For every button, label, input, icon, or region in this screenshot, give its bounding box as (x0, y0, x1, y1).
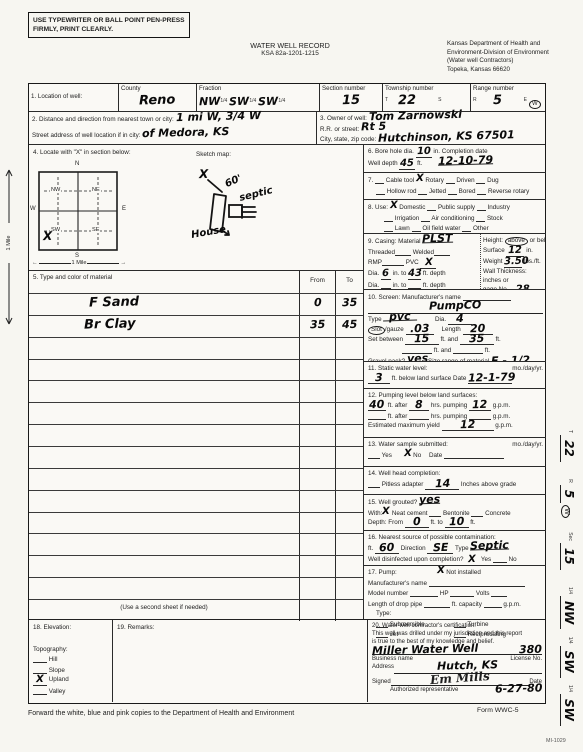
location-row: 1. Location of well: CountyReno Fraction… (29, 84, 545, 111)
margin-quarter: 1/4 (567, 685, 573, 692)
city-label: City, state, zip code: (320, 136, 376, 143)
slot-circled: Slot (368, 326, 385, 335)
sec7-num: 7. (368, 177, 373, 184)
section-12-pumping: 12. Pumping level below land surfaces: 4… (364, 388, 546, 437)
margin-section: 15 (560, 543, 576, 570)
compass-s: S (75, 253, 79, 259)
drop-pipe-label: Length of drop pipe (368, 601, 422, 608)
into2-label: in. to (393, 282, 407, 289)
locate-label: 4. Locate with "X" in section below: (33, 148, 131, 158)
well-record-form: 1. Location of well: CountyReno Fraction… (28, 83, 546, 704)
section-20-certification: 20. Water well contractor's certificatio… (367, 620, 545, 702)
mdy-label: mo./day/yr. (512, 364, 543, 374)
domestic-x: X (390, 202, 398, 209)
dia2-label: Dia. (368, 282, 379, 289)
section-value: 15 (342, 97, 360, 104)
model-label: Model number (368, 590, 408, 597)
material-header: 5. Type and color of material From To (29, 271, 363, 293)
disinfect-label: Well disinfected upon completion? (368, 556, 463, 563)
agency-line: (Water well Contractors) (447, 57, 572, 66)
casing-depth: 43 (408, 270, 422, 277)
est-yield-label: Estimated maximum yield (368, 422, 440, 429)
direction-value: SE (433, 543, 449, 550)
agency-line: Environment-Division of Environment (447, 49, 572, 58)
compass-n: N (75, 161, 79, 167)
fraction-cell: Fraction NW1/4SW1/4SW1/4 (196, 84, 319, 111)
section-6-borehole: 6. Bore hole dia. 10 in. Completion date… (364, 145, 546, 172)
main-body: 4. Locate with "X" in section below: Ske… (29, 144, 545, 620)
not-installed-x: X (437, 567, 445, 574)
screen-type-value: pvc (383, 313, 417, 322)
from-value: 35 (310, 321, 325, 328)
margin-quarter: 1/4 (567, 587, 573, 594)
after-label: ft. after (388, 402, 408, 409)
rr-label: R.R. or street: (320, 126, 359, 133)
quarter-label: 1/4 (220, 98, 227, 104)
section-19-remarks: 19. Remarks: (112, 620, 367, 702)
ftdepth-label: ft. depth (423, 270, 446, 277)
mile-scale-horizontal: ←1 Mile→ (32, 260, 126, 266)
casing-label: Casing: (375, 238, 396, 245)
margin-r-label: R (567, 479, 573, 483)
material-title: 5. Type and color of material (29, 271, 299, 293)
print-code: MI-1029 (546, 738, 566, 744)
screen-dia-label: Dia. (435, 316, 446, 323)
after2-label: ft. after (388, 413, 408, 420)
hill: Hill (49, 656, 58, 663)
borehole-label: 6. Bore hole dia. (368, 148, 414, 155)
section-18-elevation: 18. Elevation: Topography: Hill Slope X … (29, 620, 112, 702)
pumping-hrs: 8 (415, 400, 423, 407)
pumping-gpm: 12 (472, 400, 487, 407)
disinfect-yes: Yes (481, 556, 491, 563)
to-value: 35 (342, 299, 357, 306)
auth-rep-label: Authorized representative (390, 686, 458, 694)
sec10-num: 10. (368, 294, 377, 301)
set-to: 35 (469, 335, 484, 342)
section-5-material: 5. Type and color of material From To F … (29, 270, 363, 621)
with-label: With: (368, 510, 382, 517)
material-row: F Sand 0 35 (29, 293, 363, 315)
section-8-use: 8. Use: X Domestic Public supply Industr… (364, 199, 546, 233)
arrow-left: ← (32, 260, 38, 266)
into-label: in. to (393, 270, 407, 277)
rotary-x: X (416, 175, 424, 182)
below-surface-label: ft. below land surface (392, 375, 452, 382)
hp-label: HP (440, 590, 449, 597)
ftdepth2-label: ft. depth (423, 282, 446, 289)
address-label: Address (372, 663, 394, 674)
gravel-label: Gravel pack? (368, 358, 405, 362)
hollow-rod: Hollow rod (387, 188, 417, 195)
size-range-value: F - 1/2 (491, 356, 530, 361)
contamination-type-value: Septic (470, 541, 509, 550)
neat-x: X (382, 507, 390, 514)
remarks-label: 19. Remarks: (117, 623, 367, 633)
agency-line: Topeka, Kansas 66620 (447, 66, 572, 75)
license-value: 380 (519, 645, 542, 653)
margin-range: 5 (560, 485, 576, 503)
mdy2-label: mo./day/yr. (512, 440, 543, 450)
section-4-locate: 4. Locate with "X" in section below: Ske… (29, 145, 363, 270)
r-label: R (473, 97, 477, 103)
certification-line1: This well was drilled under my jurisdict… (372, 630, 542, 638)
t-label: T (385, 97, 388, 103)
casing-material: PLST (422, 235, 453, 244)
material-row-empty (29, 577, 363, 599)
section-16-contamination: 16. Nearest source of possible contamina… (364, 530, 546, 565)
static-date-label: Date (453, 375, 466, 382)
sketch-map-label: Sketch map: (196, 150, 231, 160)
sample-no: No (413, 452, 421, 459)
section-10-screen: 10. Screen: Manufacturer's name PumpCO T… (364, 289, 546, 361)
ftto-label: ft. to (431, 519, 443, 526)
to-value: 45 (342, 321, 357, 328)
casing-dia: 6 (382, 270, 389, 277)
rmp: RMP (368, 259, 382, 266)
forward-note: Forward the white, blue and pink copies … (28, 710, 294, 717)
rotary: Rotary (425, 177, 444, 184)
jetted: Jetted (429, 188, 446, 195)
pump-type-label: Type: (376, 610, 391, 617)
fraction-label: Fraction (199, 85, 317, 92)
distance-value: 1 mi W, 3/4 W (175, 112, 260, 121)
valley: Valley (49, 688, 66, 695)
fraction-q2: SW (229, 98, 249, 106)
material-row-empty (29, 380, 363, 402)
pvc-x: X (425, 259, 433, 266)
sec13-num: 13. (368, 441, 377, 448)
wellhead-label: Well head completion: (379, 470, 441, 477)
upland: Upland (49, 676, 69, 683)
contamination-type-label: Type (455, 545, 469, 552)
oil-field-water: Oil field water (422, 225, 460, 232)
form-number: Form WWC-5 (477, 707, 519, 714)
county-cell: CountyReno (118, 84, 196, 111)
grout-depth-label: Depth: From (368, 519, 403, 526)
township-value: 22 (398, 97, 416, 104)
material-row-empty (29, 490, 363, 512)
section-14-wellhead: 14. Well head completion: Pitless adapte… (364, 466, 546, 494)
form-title-block: WATER WELL RECORD KSA 82a-1201-1215 (215, 41, 365, 57)
city-value: Hutchinson, KS 67501 (378, 131, 515, 142)
domestic: Domestic (399, 204, 425, 211)
margin-t-label: T (567, 430, 573, 433)
grout-to: 10 (449, 518, 464, 525)
bored: Bored (459, 188, 476, 195)
grouted-label: Well grouted? (379, 499, 418, 506)
section-9-casing: 9. Casing: Material PLST Threaded Welded… (364, 233, 546, 289)
material-label: Material (398, 238, 420, 245)
sample-label: Water sample submitted: (379, 441, 448, 448)
location-x-mark: X (43, 233, 52, 240)
gage-value: .28 (512, 286, 530, 289)
disinfect-x: X (468, 555, 476, 562)
ft-label: ft. (417, 160, 422, 167)
material-row-empty (29, 424, 363, 446)
section-cell: Section number15 (319, 84, 382, 111)
screen-mfr-value: PumpCO (429, 301, 481, 309)
disinfect-no: No (509, 556, 517, 563)
section-grid: NW NE SW SE X (38, 171, 118, 251)
in2-label: in. (526, 247, 533, 254)
sketch-x: X (199, 171, 208, 178)
pump-mfr-label: Manufacturer's name (368, 580, 427, 587)
material-row: Br Clay 35 45 (29, 315, 363, 337)
capacity-label: ft. capacity (452, 601, 482, 608)
static-level: 3 (375, 373, 383, 380)
distance-label: 2. Distance and direction from nearest t… (32, 116, 174, 123)
screen-label: Screen: (379, 294, 401, 301)
quarter-label: 1/4 (278, 98, 285, 104)
dia-label: Dia. (368, 270, 379, 277)
material-row-empty (29, 402, 363, 424)
material-value: Br Clay (84, 320, 136, 328)
compass-w: W (30, 206, 36, 212)
mile-label: 1 Mile (72, 260, 87, 266)
margin-sw2: SW (560, 694, 576, 726)
distance-owner-row: 2. Distance and direction from nearest t… (29, 111, 545, 145)
street-label: Street address of well location if in ci… (32, 132, 141, 139)
public-supply: Public supply (438, 204, 475, 211)
ft6-label: ft. (368, 545, 373, 552)
quad-se: SE (91, 227, 100, 233)
sample-yes: Yes (382, 452, 392, 459)
gravel-value: yes (407, 354, 428, 361)
welldepth-label: Well depth (368, 160, 398, 167)
cable-tool: Cable tool (386, 177, 414, 184)
or-below: or below (530, 237, 546, 244)
county-label: County (121, 85, 194, 92)
static-label: Static water level: (378, 365, 427, 372)
welded: Welded (413, 249, 434, 256)
set-between-label: Set between (368, 336, 403, 343)
static-date-value: 12-1-79 (468, 373, 516, 381)
certification-label: 20. Water well contractor's certificatio… (372, 622, 542, 630)
quad-nw: NW (50, 187, 61, 193)
e-label: E (524, 97, 527, 103)
gage-label: gage No. (483, 286, 509, 289)
size-range-label: Size range of material (428, 358, 489, 362)
owner-cell: 3. Owner of well: Tom Zarnowski R.R. or … (316, 112, 545, 145)
w-circled: W (529, 100, 541, 109)
height-label: Height: (483, 237, 503, 244)
pitless-value: 14 (434, 479, 449, 486)
quarter-label: 1/4 (249, 98, 256, 104)
section-13-sample: 13. Water sample submitted:mo./day/yr. Y… (364, 437, 546, 466)
sec16-num: 16. (368, 534, 377, 541)
sec14-num: 14. (368, 470, 377, 477)
not-installed: Not installed (446, 569, 481, 576)
gpm-label: g.p.m. (493, 402, 511, 409)
instruction-box: USE TYPEWRITER OR BALL POINT PEN-PRESS F… (28, 12, 190, 38)
from-value: 0 (314, 299, 322, 306)
borehole-dia: 10 (417, 148, 431, 155)
form-statute: KSA 82a-1201-1215 (215, 50, 365, 57)
signed-label: Signed (372, 678, 391, 686)
pump-label: Pump: (379, 569, 397, 576)
grouted-value: yes (419, 496, 440, 505)
scanned-form-page: USE TYPEWRITER OR BALL POINT PEN-PRESS F… (0, 0, 583, 752)
pitless-label: Pitless adapter (382, 481, 424, 488)
rr-value: Rt 5 (361, 122, 386, 130)
completion-date: 12-10-79 (438, 156, 493, 165)
weight-label: Weight (483, 258, 502, 265)
second-sheet-note: (Use a second sheet if needed) (29, 600, 299, 621)
ftand-label: ft. and (441, 336, 459, 343)
dug: Dug (487, 177, 499, 184)
sec17-num: 17. (368, 569, 377, 576)
set-from: 15 (414, 335, 429, 342)
hrs-pumping-label: hrs. pumping (431, 402, 467, 409)
left-mile-scale: 1 Mile (2, 168, 16, 326)
lawn: Lawn (395, 225, 410, 232)
ftand2-label: ft. and (434, 347, 452, 354)
margin-nw: NW (560, 596, 576, 629)
material-row-empty (29, 555, 363, 577)
screen-dia-value: 4 (456, 315, 464, 322)
section-11-static: 11. Static water level:mo./day/yr. 3 ft.… (364, 361, 546, 388)
form-title: WATER WELL RECORD (215, 41, 365, 50)
threaded: Threaded (368, 249, 395, 256)
quad-ne: NE (91, 187, 101, 193)
grout-from: 0 (413, 518, 421, 525)
slope: Slope (49, 667, 65, 674)
bottom-band: 18. Elevation: Topography: Hill Slope X … (29, 619, 545, 702)
casing-right: Height: above or below Surface 12 in. We… (480, 234, 546, 289)
agency-line: Kansas Department of Health and (447, 40, 572, 49)
material-value: F Sand (89, 298, 139, 306)
business-name-value: Miller Water Well (372, 644, 478, 654)
contamination-dist: 60 (379, 543, 394, 550)
length-label: Length (442, 326, 461, 333)
pumping-label: Pumping level below land surfaces: (379, 392, 478, 399)
county-value: Reno (139, 97, 176, 105)
material-row-empty (29, 468, 363, 490)
arrow-right: → (120, 260, 126, 266)
signature: Em Mills (430, 672, 490, 684)
filing-annotation: T22 R5W Sec15 1/4NW 1/4SW 1/4SW (548, 430, 578, 740)
from-header: From (299, 271, 335, 293)
use-label: Use: (375, 204, 388, 211)
section-7-method: 7. Cable tool X Rotary Driven Dug Hollow… (364, 172, 546, 199)
street-value: of Medora, KS (142, 127, 229, 136)
driven: Driven (456, 177, 474, 184)
section-15-grouted: 15. Well grouted? yes With:X Neat cement… (364, 494, 546, 530)
weight-value: 3.50 (504, 258, 529, 266)
neat-cement: Neat cement (392, 510, 428, 517)
reverse-rotary: Reverse rotary (488, 188, 529, 195)
margin-township: 22 (560, 435, 576, 462)
material-row-empty (29, 337, 363, 359)
surface-height: 12 (508, 247, 522, 254)
other-use: Other (473, 225, 489, 232)
material-row-empty (29, 512, 363, 534)
margin-sec-label: Sec (567, 532, 573, 541)
air-conditioning: Air conditioning (431, 215, 474, 222)
range-cell: Range numberR5EW (470, 84, 545, 111)
concrete: Concrete (485, 510, 511, 517)
elevation-label: 18. Elevation: (33, 623, 110, 633)
gauze-label: /gauze (385, 326, 404, 333)
s-label: S (438, 97, 441, 103)
surface-label: Surface (483, 247, 505, 254)
margin-w-circled: W (561, 505, 570, 518)
est-yield-value: 12 (460, 421, 475, 428)
compass-e: E (122, 206, 126, 212)
direction-label: Direction (401, 545, 426, 552)
right-column: 6. Bore hole dia. 10 in. Completion date… (363, 145, 546, 620)
fraction-q3: SW (258, 98, 278, 106)
material-row-empty (29, 359, 363, 381)
mile-label-vertical: 1 Mile (6, 223, 12, 263)
margin-quarter: 1/4 (567, 637, 573, 644)
pumping-level: 40 (369, 400, 384, 407)
wall-thickness-label: Wall Thickness: inches or (483, 268, 545, 285)
casing-left: 9. Casing: Material PLST Threaded Welded… (364, 234, 480, 289)
range-label: Range number (473, 85, 543, 92)
to-header: To (335, 271, 363, 293)
screen-type-label: Type (368, 316, 382, 323)
gpm3-label: g.p.m. (495, 422, 513, 429)
location-label: 1. Location of well: (31, 93, 116, 100)
volts-label: Volts (476, 590, 490, 597)
range-value: 5 (493, 97, 502, 104)
welldepth-value: 45 (400, 160, 414, 167)
location-cell: 1. Location of well: (29, 84, 118, 111)
pvc: PVC (406, 259, 419, 266)
section-label: Section number (322, 85, 380, 92)
industry: Industry (488, 204, 510, 211)
fraction-q1: NW (199, 98, 221, 106)
ft4-label: ft. (485, 347, 490, 354)
irrigation: Irrigation (395, 215, 420, 222)
sec9-num: 9. (368, 238, 373, 245)
sample-date-label: Date (429, 452, 442, 459)
gpm4-label: g.p.m. (503, 601, 521, 608)
material-row-empty (29, 533, 363, 555)
sec8-num: 8. (368, 204, 373, 211)
upland-x: X (36, 676, 44, 683)
gpm2-label: g.p.m. (493, 413, 511, 420)
sec15-num: 15. (368, 499, 377, 506)
material-note-row: (Use a second sheet if needed) (29, 599, 363, 621)
margin-sw1: SW (560, 646, 576, 678)
ft3-label: ft. (496, 336, 501, 343)
material-row-empty (29, 446, 363, 468)
stock: Stock (487, 215, 503, 222)
topography-label: Topography: (33, 645, 110, 655)
inches-above-label: Inches above grade (461, 481, 516, 488)
distance-cell: 2. Distance and direction from nearest t… (29, 112, 316, 145)
ft5-label: ft. (470, 519, 475, 526)
township-label: Township number (385, 85, 468, 92)
agency-block: Kansas Department of Health and Environm… (447, 40, 572, 74)
signed-date-value: 6-27-80 (494, 685, 542, 694)
sample-no-x: X (404, 449, 412, 456)
